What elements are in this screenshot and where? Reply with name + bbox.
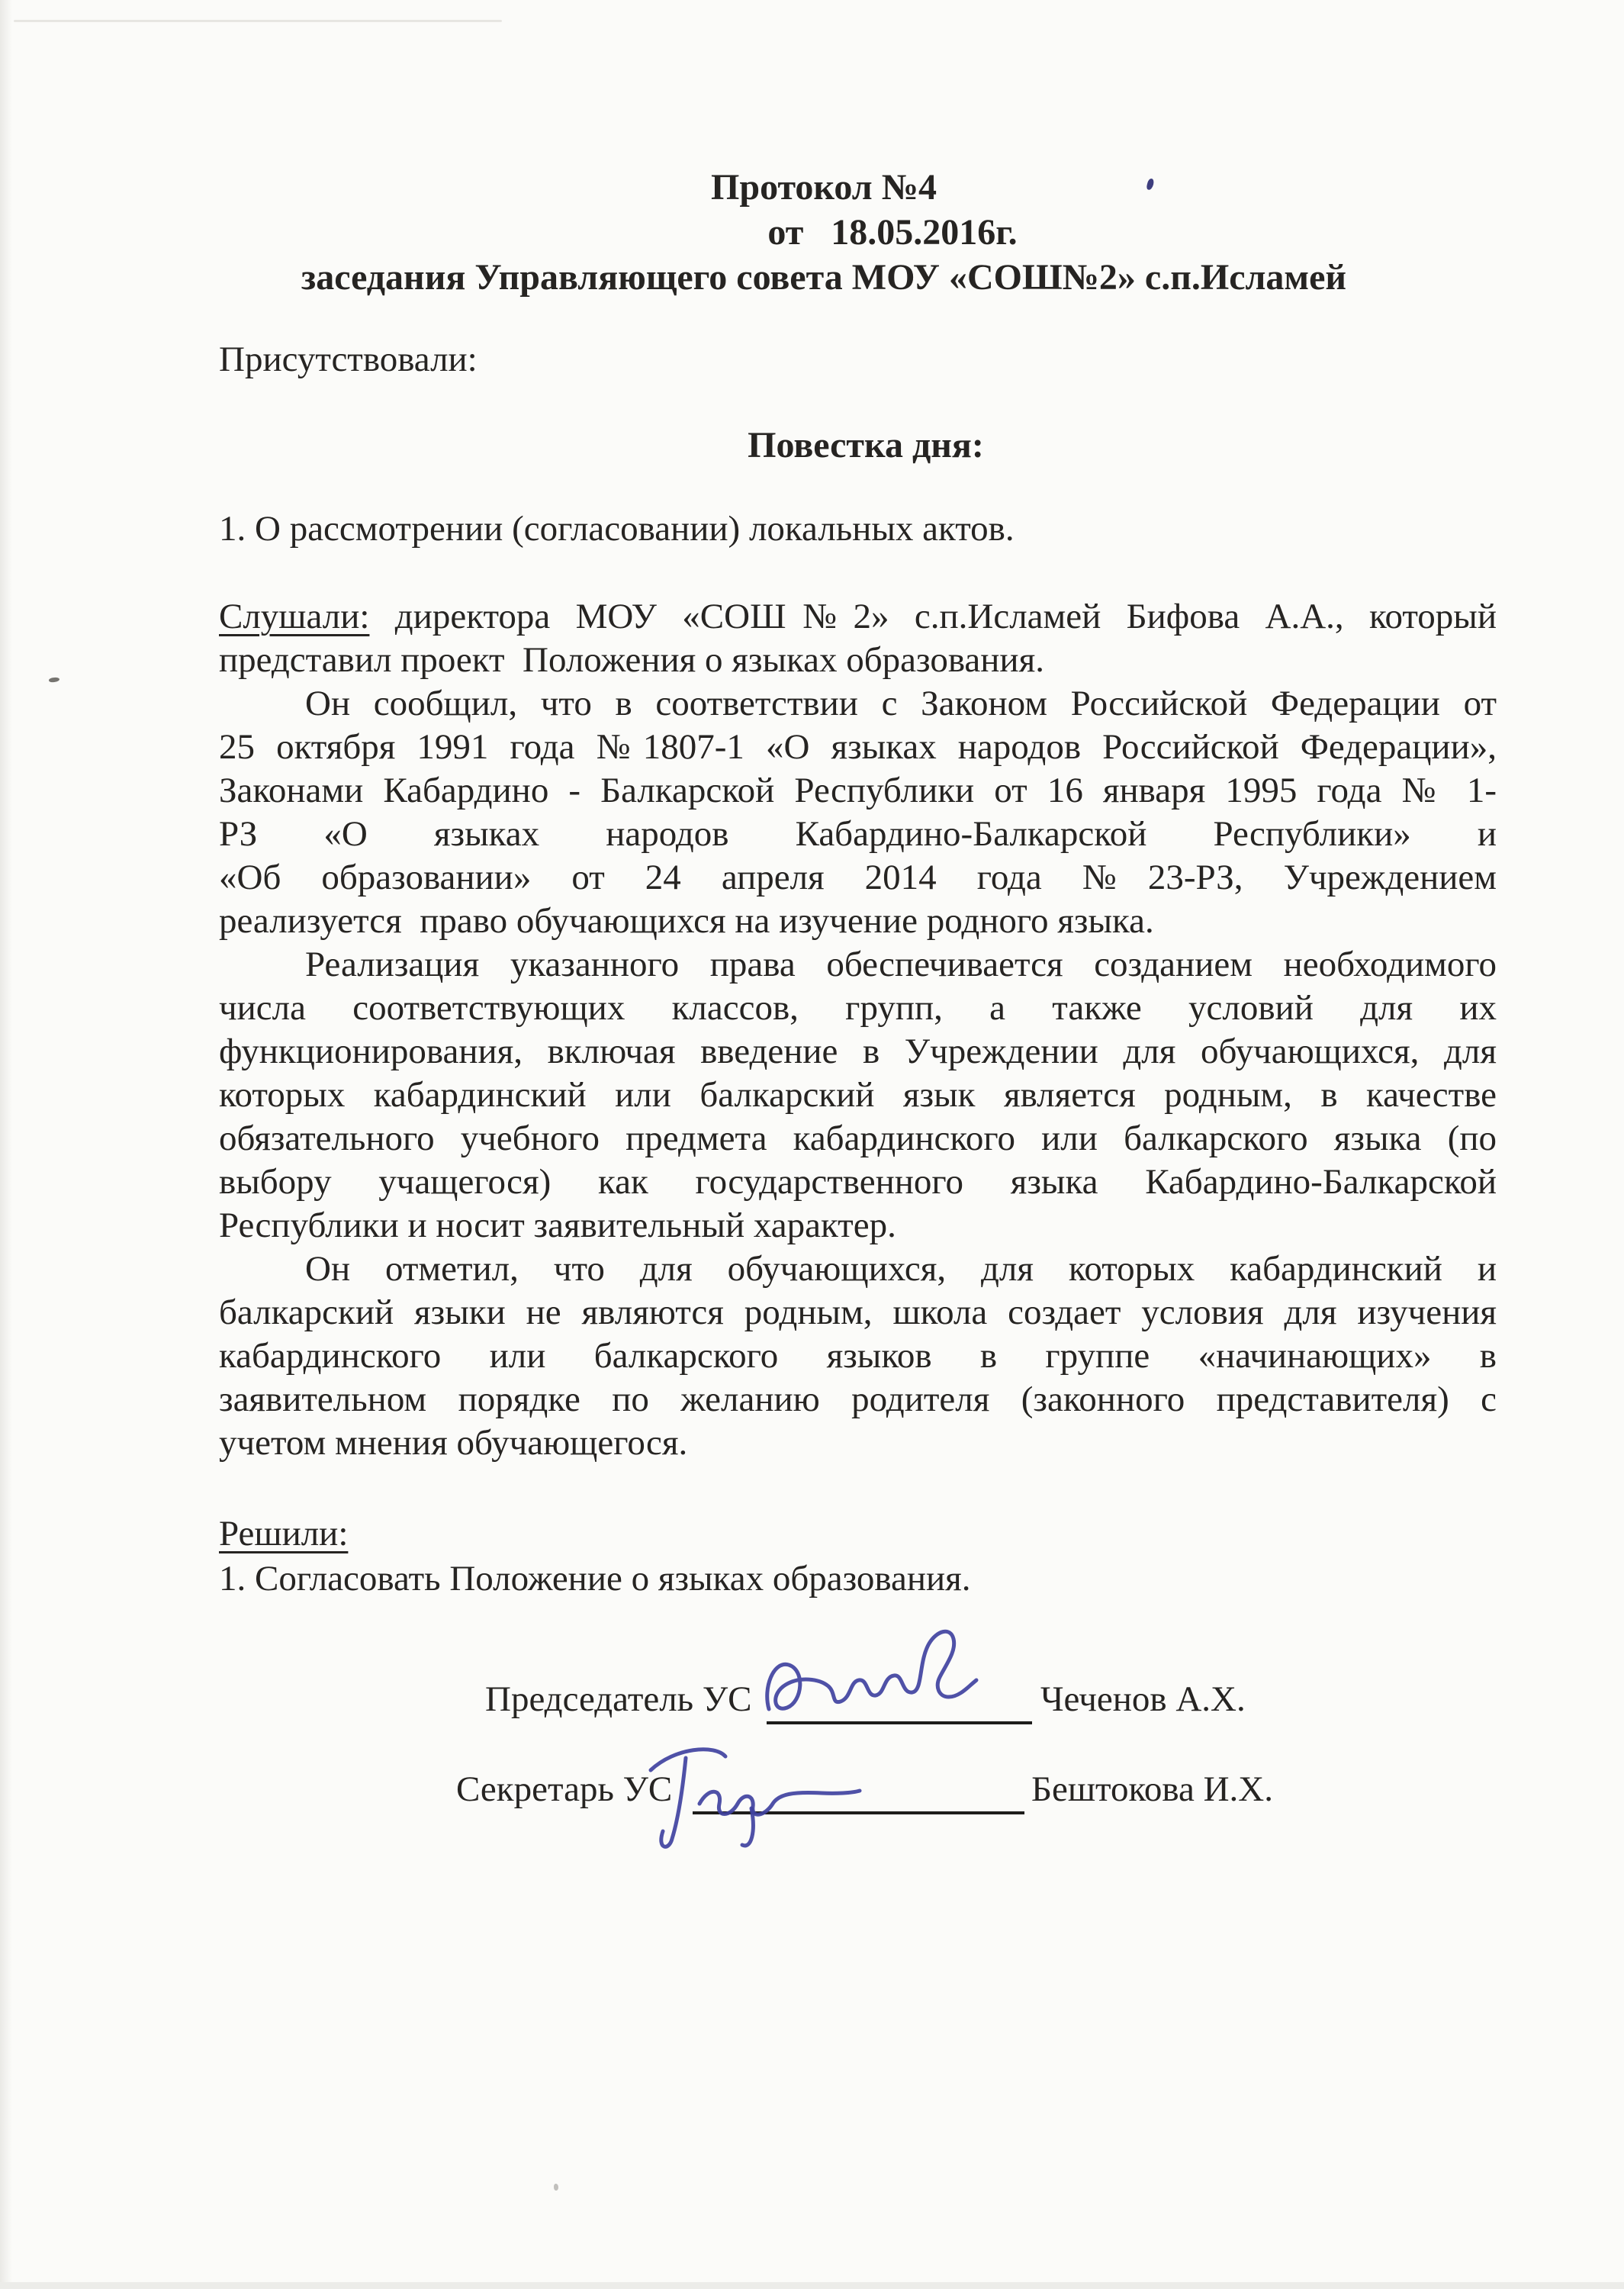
present-label: Присутствовали:	[219, 339, 478, 380]
body-line: заявительном порядке по желанию родителя…	[219, 1378, 1497, 1421]
scan-bottom-edge	[0, 2282, 1624, 2289]
scan-speck-bottom	[554, 2184, 558, 2191]
body-line: которых кабардинский или балкарский язык…	[219, 1074, 1497, 1117]
body-line: обязательного учебного предмета кабардин…	[219, 1117, 1497, 1161]
body-line: кабардинского или балкарского языков в г…	[219, 1334, 1497, 1378]
body-line: «Об образовании» от 24 апреля 2014 года …	[219, 856, 1497, 900]
scan-top-streak	[14, 20, 502, 22]
body-line: Реализация указанного права обеспечивает…	[219, 943, 1497, 987]
body-text: Слушали: директора МОУ «СОШ№2» с.п.Ислам…	[219, 595, 1497, 1465]
body-line: числа соответствующих классов, групп, а …	[219, 987, 1497, 1030]
body-line: РЗ «О языках народов Кабардино-Балкарско…	[219, 813, 1497, 856]
decided-label-text: Решили:	[219, 1514, 348, 1553]
chairman-signature-scribble	[755, 1611, 1030, 1734]
body-line: 25 октября 1991 года №1807-1 «О языках н…	[219, 726, 1497, 769]
document-title-block: Протокол №4 от 18.05.2016г. заседания Уп…	[145, 165, 1503, 300]
body-line: Он отметил, что для обучающихся, для кот…	[219, 1248, 1497, 1291]
title-meeting-subject: заседания Управляющего совета МОУ «СОШ№2…	[145, 255, 1503, 300]
title-date: от 18.05.2016г.	[145, 210, 1503, 255]
body-line: Слушали: директора МОУ «СОШ№2» с.п.Ислам…	[219, 595, 1497, 639]
agenda-heading: Повестка дня:	[145, 424, 1503, 466]
body-line: выбору учащегося) как государственного я…	[219, 1161, 1497, 1204]
agenda-item-1: 1. О рассмотрении (согласовании) локальн…	[219, 508, 1015, 549]
body-line: Республики и носит заявительный характер…	[219, 1204, 1497, 1248]
scanned-protocol-document: { "document": { "title": { "line1": "Про…	[0, 0, 1624, 2289]
body-line: представил проект Положения о языках обр…	[219, 639, 1497, 682]
body-line: функционирования, включая введение в Учр…	[219, 1030, 1497, 1074]
chairman-name: Чеченов А.Х.	[1040, 1679, 1246, 1720]
body-line: балкарский языки не являются родным, шко…	[219, 1291, 1497, 1334]
scan-left-edge-shadow	[0, 0, 12, 2289]
scan-speck-left-margin	[49, 677, 60, 683]
body-line: Законами Кабардино - Балкарской Республи…	[219, 769, 1497, 813]
heard-line-rest: директора МОУ «СОШ№2» с.п.Исламей Бифова…	[395, 597, 1497, 636]
chairman-role-label: Председатель УС	[485, 1679, 752, 1720]
secretary-name: Бештокова И.Х.	[1031, 1769, 1273, 1810]
decided-item-1: 1. Согласовать Положение о языках образо…	[219, 1558, 971, 1599]
title-protocol-number: Протокол №4	[145, 165, 1503, 210]
body-line: реализуется право обучающихся на изучени…	[219, 900, 1497, 943]
secretary-signature-scribble	[629, 1730, 889, 1860]
decided-heading: Решили:	[219, 1513, 348, 1554]
heard-label: Слушали:	[219, 597, 369, 636]
body-line: Он сообщил, что в соответствии с Законом…	[219, 682, 1497, 726]
body-line: учетом мнения обучающегося.	[219, 1421, 1497, 1465]
